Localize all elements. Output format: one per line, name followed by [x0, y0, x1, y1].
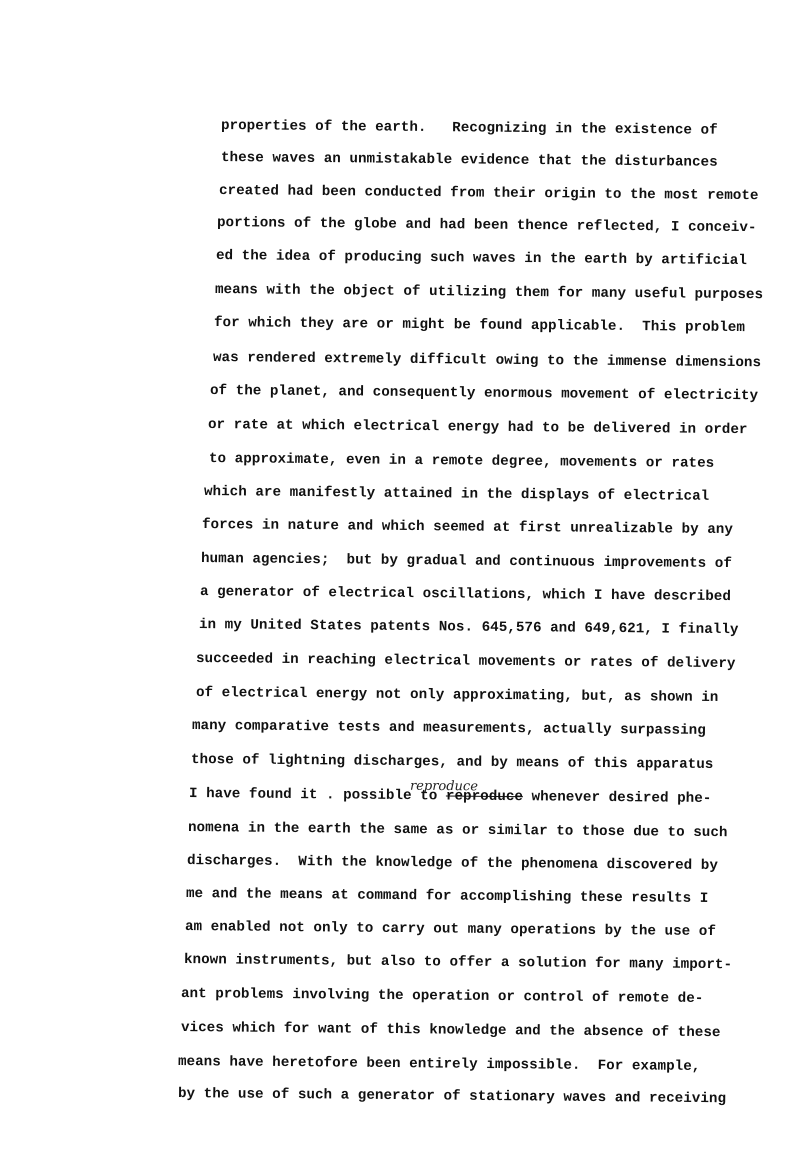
text-line-5: ed the idea of producing such waves in t… — [216, 248, 747, 269]
text-line-29: means have heretofore been entirely impo… — [178, 1054, 701, 1075]
text-line-17: succeeded in reaching electrical movemen… — [196, 651, 736, 672]
struck-word: reproduce — [446, 788, 523, 805]
text-line-27: ant problems involving the operation or … — [181, 986, 704, 1007]
text-line-2: these waves an unmistakable evidence tha… — [221, 150, 718, 171]
text-line-22: nomena in the earth the same as or simil… — [188, 820, 728, 841]
text-line-23: discharges. With the knowledge of the ph… — [187, 853, 718, 874]
text-line-3: created had been conducted from their or… — [219, 183, 759, 204]
text-line-20: those of lightning discharges, and by me… — [191, 752, 714, 773]
text-line-10: or rate at which electrical energy had t… — [208, 417, 748, 438]
text-line-16: in my United States patents Nos. 645,576… — [199, 617, 739, 638]
text-line-25: am enabled not only to carry out many op… — [185, 919, 716, 940]
document-page: properties of the earth. Recognizing in … — [0, 0, 807, 1158]
text-line-14: human agencies; but by gradual and conti… — [201, 551, 732, 572]
text-line-9: of the planet, and consequently enormous… — [210, 383, 758, 404]
text-line-28: vices which for want of this knowledge a… — [181, 1020, 721, 1041]
text-line-13: forces in nature and which seemed at fir… — [202, 517, 733, 538]
text-line-24: me and the means at command for accompli… — [186, 886, 709, 907]
text-line-11: to approximate, even in a remote degree,… — [209, 451, 714, 472]
text-line-6: means with the object of utilizing them … — [215, 282, 763, 303]
text-line-1: properties of the earth. Recognizing in … — [221, 118, 718, 139]
text-line-30: by the use of such a generator of statio… — [178, 1086, 726, 1107]
text-line-21-before: I have found it . possible to — [189, 786, 446, 804]
text-line-15: a generator of electrical oscillations, … — [200, 584, 731, 605]
text-line-21: I have found it . possible to reproduce … — [189, 786, 712, 807]
text-line-26: known instruments, but also to offer a s… — [184, 952, 732, 973]
text-line-7: for which they are or might be found app… — [214, 315, 745, 336]
text-line-18: of electrical energy not only approximat… — [196, 685, 719, 706]
text-line-4: portions of the globe and had been thenc… — [217, 215, 757, 236]
text-line-12: which are manifestly attained in the dis… — [204, 484, 709, 505]
text-line-8: was rendered extremely difficult owing t… — [213, 350, 761, 371]
text-line-21-after: whenever desired phe- — [523, 789, 712, 807]
text-line-19: many comparative tests and measurements,… — [192, 718, 706, 739]
